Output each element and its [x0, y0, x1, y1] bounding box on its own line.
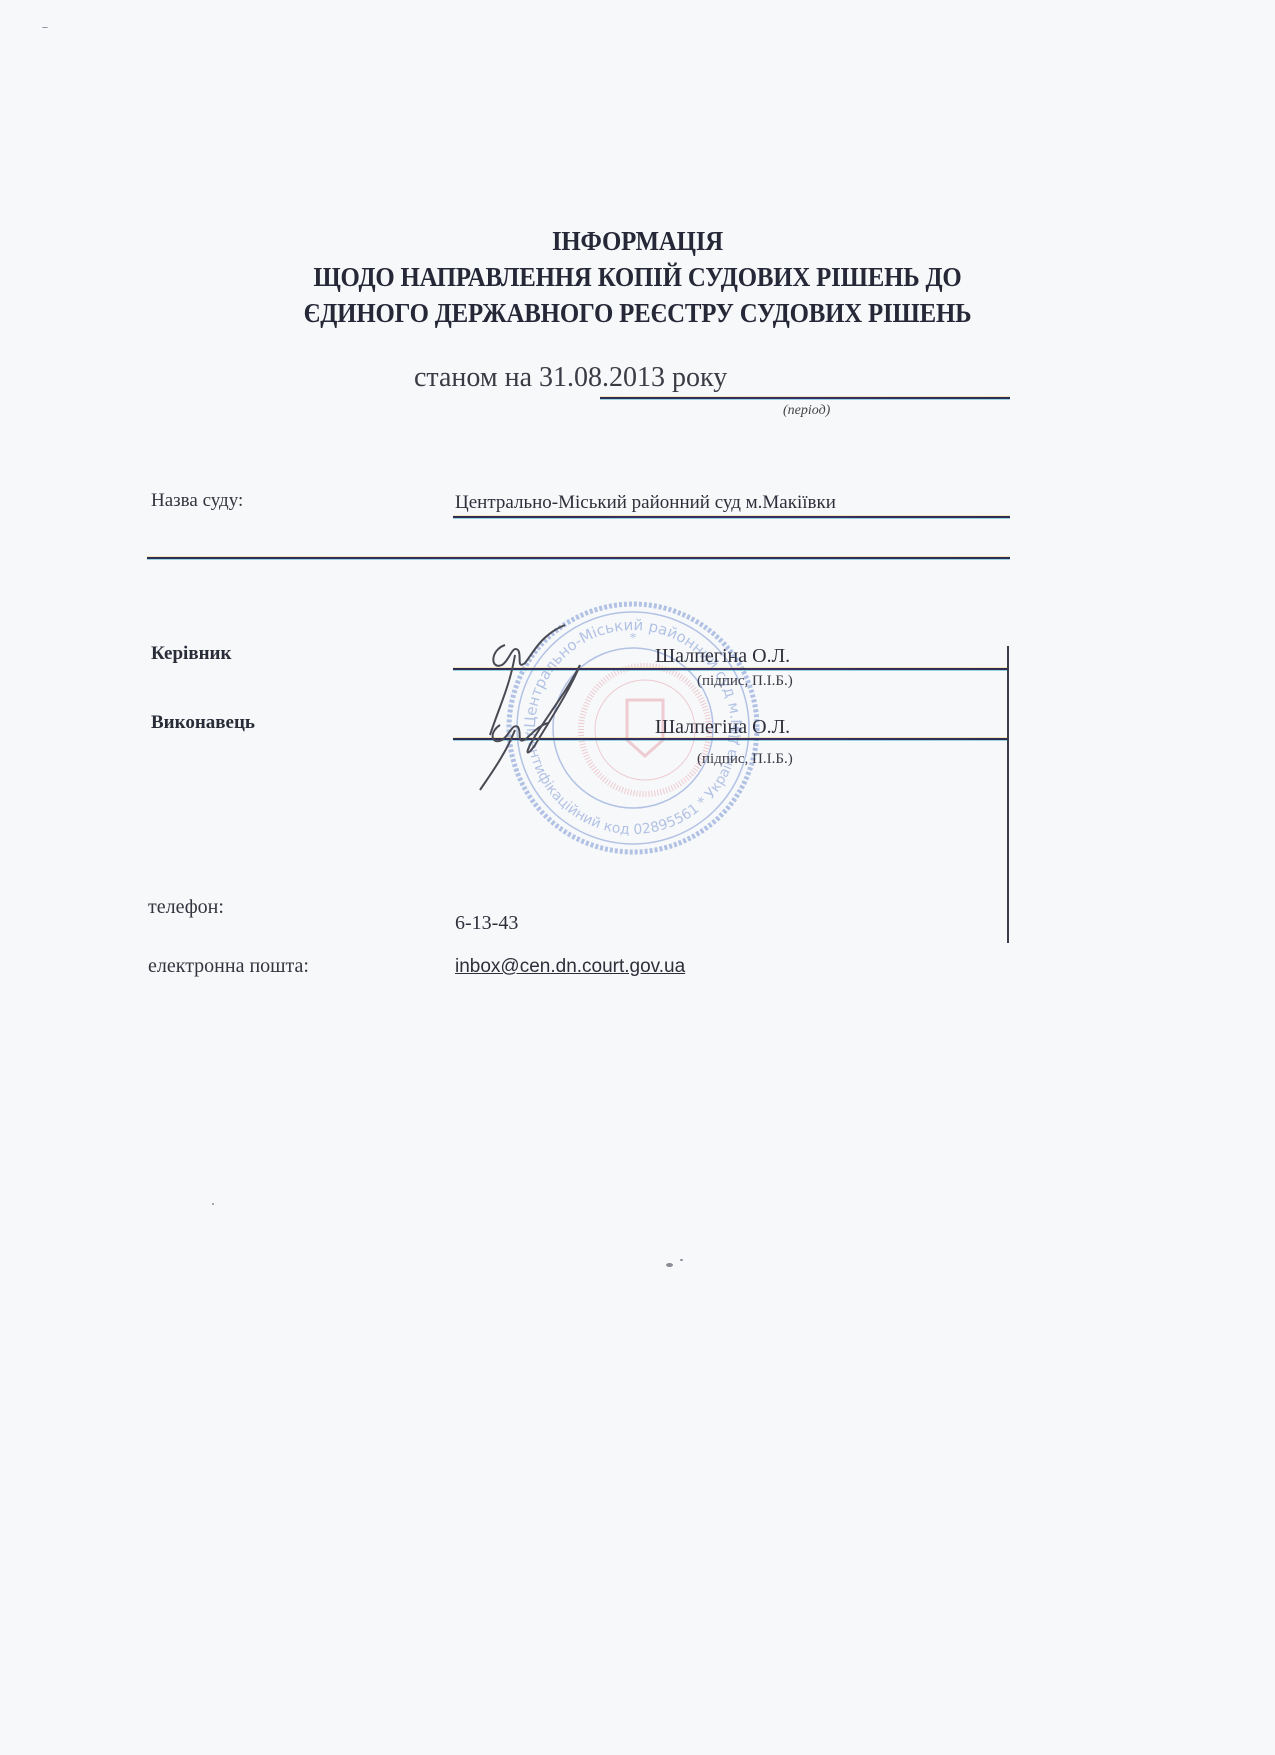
- as-of-year: 2013 року: [609, 362, 727, 393]
- court-name-value: Центрально-Міський районний суд м.Макіїв…: [455, 492, 836, 514]
- right-border-line: [1007, 646, 1009, 943]
- email-label: електронна пошта:: [148, 955, 309, 978]
- document-title-line-2: ЩОДО НАПРАВЛЕННЯ КОПІЙ СУДОВИХ РІШЕНЬ ДО: [51, 260, 1224, 295]
- court-name-underline: [453, 516, 1010, 518]
- handwritten-signature-icon: [470, 615, 600, 795]
- svg-text:*: *: [630, 631, 637, 646]
- document-title-line-1: ІНФОРМАЦІЯ: [51, 224, 1224, 259]
- phone-label: телефон:: [148, 896, 224, 919]
- head-signature-caption: (підпис, П.І.Б.): [697, 673, 793, 690]
- as-of-prefix: станом на 31.08.: [414, 362, 609, 393]
- document-title-line-3: ЄДИНОГО ДЕРЖАВНОГО РЕЄСТРУ СУДОВИХ РІШЕН…: [51, 296, 1224, 331]
- court-name-label: Назва суду:: [151, 490, 243, 512]
- scan-speck: [212, 1203, 214, 1205]
- executor-name: Шалпегіна О.Л.: [655, 716, 790, 739]
- as-of-date: станом на 31.08.2013 року: [414, 362, 727, 394]
- period-underline: [600, 397, 1010, 399]
- executor-signature-caption: (підпис, П.І.Б.): [697, 751, 793, 768]
- section-divider: [147, 557, 1010, 559]
- scan-speck: [680, 1259, 683, 1261]
- email-link[interactable]: inbox@cen.dn.court.gov.ua: [455, 956, 685, 978]
- phone-value: 6-13-43: [455, 912, 518, 935]
- head-name: Шалпегіна О.Л.: [655, 645, 790, 668]
- scan-speck: [42, 27, 48, 28]
- scan-speck: [666, 1263, 673, 1267]
- period-caption: (період): [783, 403, 830, 419]
- head-role-label: Керівник: [151, 643, 231, 665]
- executor-role-label: Виконавець: [151, 712, 255, 734]
